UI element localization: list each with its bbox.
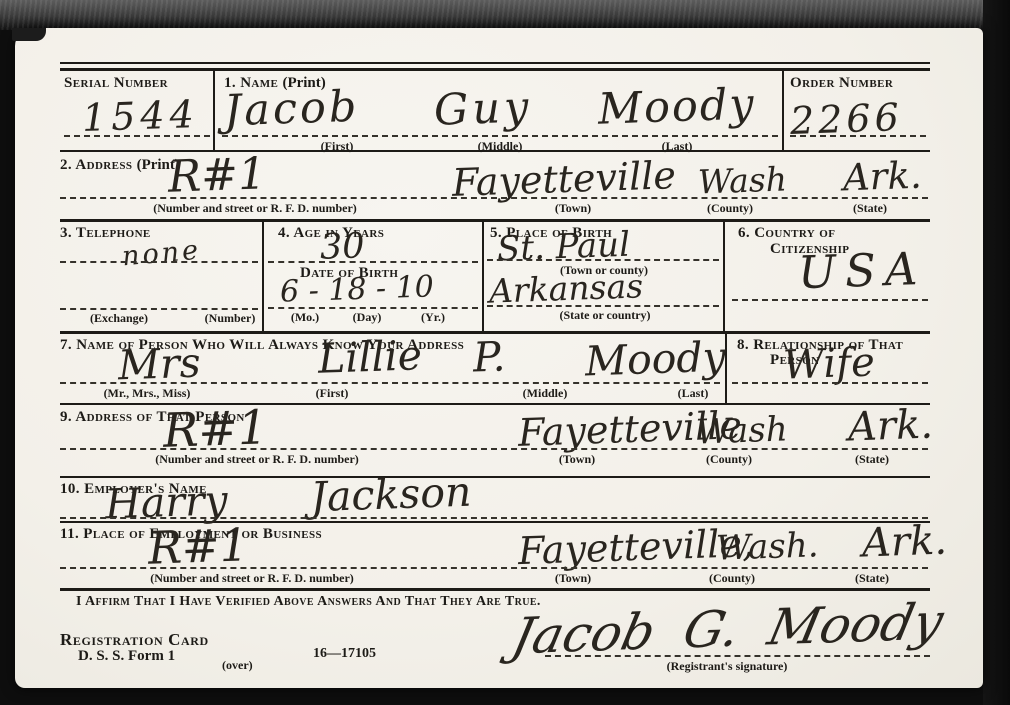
order-number-label: Order Number: [790, 75, 893, 92]
writing-line: [60, 308, 258, 310]
affirmation-text: I Affirm That I Have Verified Above Answ…: [76, 594, 541, 609]
contact-town-sublabel: (Town): [559, 452, 595, 467]
row-divider: [60, 588, 930, 591]
middle-sublabel: (Middle): [478, 139, 523, 154]
writing-line: [790, 135, 926, 137]
employment-county-sublabel: (County): [709, 571, 755, 586]
scanned-draft-card-page: Serial Number 1. Name (Print) Order Numb…: [0, 0, 1010, 705]
employment-state-value: Ark.: [861, 521, 947, 564]
contact-county-sublabel: (County): [706, 452, 752, 467]
first-sublabel: (First): [321, 139, 354, 154]
state-sublabel: (State): [853, 201, 887, 216]
last-sublabel: (Last): [662, 139, 693, 154]
contact-title-value: Mrs: [117, 343, 201, 387]
row-divider: [60, 219, 930, 222]
contact-first-value: Lillie: [317, 335, 422, 380]
citizenship-label-line1-text: 6. Country of: [738, 225, 835, 241]
writing-line: [732, 382, 928, 384]
address-county-value: Wash: [697, 162, 787, 198]
writing-line: [60, 261, 258, 263]
year-sublabel: (Yr.): [421, 310, 445, 325]
writing-line: [60, 448, 928, 450]
employment-street-sublabel: (Number and street or R. F. D. number): [150, 571, 354, 586]
writing-line: [60, 517, 928, 519]
contact-last-sublabel: (Last): [678, 386, 709, 401]
town-sublabel: (Town): [555, 201, 591, 216]
citizenship-value: USA: [797, 246, 927, 295]
writing-line: [732, 299, 928, 301]
writing-line: [60, 197, 928, 199]
day-sublabel: (Day): [353, 310, 382, 325]
top-rule-thick: [60, 68, 930, 71]
employment-street-value: R#1: [147, 522, 249, 570]
first-name-value: Jacob: [223, 86, 360, 134]
employment-state-sublabel: (State): [855, 571, 889, 586]
print-code: 16—17105: [313, 646, 376, 662]
column-divider: [723, 221, 725, 332]
date-of-birth-value: 6 - 18 - 10: [280, 272, 435, 307]
contact-state-sublabel: (State): [855, 452, 889, 467]
address-state-value: Ark.: [842, 157, 922, 197]
affirmation-statement: I Affirm That I Have Verified Above Answ…: [76, 594, 541, 610]
exchange-sublabel: (Exchange): [90, 311, 148, 326]
employment-county-value: Wash.: [715, 528, 819, 566]
writing-line: [222, 135, 778, 137]
card-title-text: Registration Card: [60, 630, 209, 649]
relationship-value: Wife: [782, 342, 875, 385]
order-number-value: 2266: [789, 98, 903, 140]
contact-title-sublabel: (Mr., Mrs., Miss): [104, 386, 191, 401]
telephone-label-text: 3. Telephone: [60, 225, 151, 241]
contact-middle-sublabel: (Middle): [523, 386, 568, 401]
registrant-signature: Jacob G. Moody: [508, 597, 948, 662]
writing-line: [487, 259, 719, 261]
number-sublabel: (Number): [205, 311, 256, 326]
scan-right-edge: [983, 0, 1010, 705]
signature-sublabel: (Registrant's signature): [667, 659, 788, 674]
writing-line: [64, 135, 210, 137]
writing-line: [60, 382, 720, 384]
serial-number-label: Serial Number: [64, 75, 168, 92]
citizenship-label-line1: 6. Country of: [738, 225, 835, 242]
address-label-text: 2. Address: [60, 157, 132, 173]
address-label: 2. Address (Print): [60, 157, 180, 174]
card-title: Registration Card: [60, 630, 209, 650]
writing-line: [60, 567, 928, 569]
birth-state-sublabel: (State or country): [559, 308, 650, 323]
column-divider: [262, 221, 264, 332]
birth-state-value: Arkansas: [488, 269, 643, 307]
street-sublabel: (Number and street or R. F. D. number): [153, 201, 357, 216]
last-name-value: Moody: [597, 83, 756, 131]
contact-first-sublabel: (First): [316, 386, 349, 401]
over-note: (over): [222, 658, 253, 673]
contact-address-county-value: Wash: [695, 412, 788, 449]
form-name-text: D. S. S. Form 1: [78, 648, 175, 664]
middle-name-value: Guy: [433, 86, 533, 132]
form-name: D. S. S. Form 1: [78, 648, 175, 665]
column-divider: [482, 221, 484, 332]
scan-artifact: [12, 28, 46, 41]
signature-line: [545, 655, 930, 657]
serial-number-label-text: Serial Number: [64, 75, 168, 91]
telephone-value: none: [121, 237, 202, 271]
employment-town-sublabel: (Town): [555, 571, 591, 586]
address-street-value: R#1: [167, 152, 266, 199]
column-divider: [213, 70, 215, 151]
top-rule-thin: [60, 62, 930, 64]
address-town-value: Fayetteville: [451, 156, 676, 202]
order-number-label-text: Order Number: [790, 75, 893, 91]
contact-street-sublabel: (Number and street or R. F. D. number): [155, 452, 359, 467]
month-sublabel: (Mo.): [291, 310, 319, 325]
print-code-text: 16—17105: [313, 646, 376, 661]
writing-line: [268, 307, 478, 309]
contact-address-state-value: Ark.: [847, 405, 933, 448]
scan-top-edge: [0, 0, 1010, 30]
serial-number-value: 1544: [81, 95, 199, 137]
contact-last-value: Moody: [584, 337, 726, 383]
over-note-text: (over): [222, 658, 253, 672]
column-divider: [782, 70, 784, 151]
writing-line: [487, 305, 719, 307]
writing-line: [268, 261, 478, 263]
county-sublabel: (County): [707, 201, 753, 216]
contact-middle-value: P.: [472, 336, 506, 378]
